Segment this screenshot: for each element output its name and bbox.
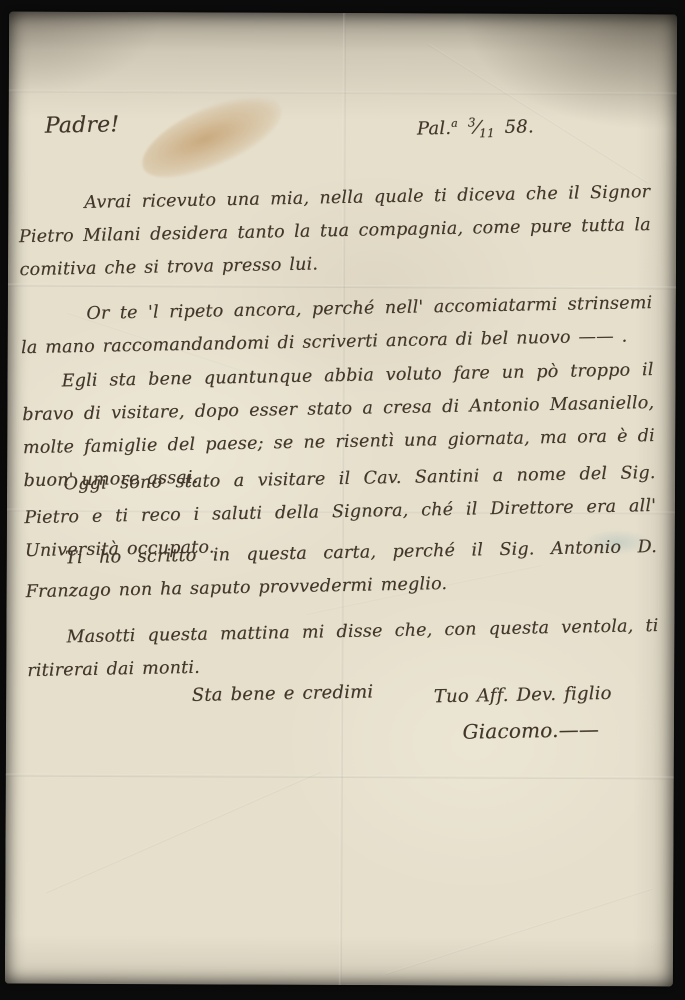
salutation: Padre! bbox=[45, 112, 120, 138]
dateline-year: 58. bbox=[504, 116, 534, 138]
dateline: Pal.a 3⁄11 58. bbox=[417, 114, 534, 141]
valediction: Tuo Aff. Dev. figlio bbox=[434, 683, 612, 707]
letter-paragraph: Ti ho scritto in questa carta, perché il… bbox=[25, 531, 658, 609]
letter-paragraph: Or te 'l ripeto ancora, perché nell' acc… bbox=[20, 287, 653, 365]
dateline-date-fraction: 3⁄11 bbox=[468, 115, 495, 141]
dateline-place-sup: a bbox=[451, 117, 458, 130]
handwriting-layer: Padre! Pal.a 3⁄11 58. Avrai ricevuto una… bbox=[0, 0, 685, 1000]
letter-paragraph: Avrai ricevuto una mia, nella quale ti d… bbox=[18, 176, 652, 287]
scanned-letter-scene: Padre! Pal.a 3⁄11 58. Avrai ricevuto una… bbox=[0, 0, 685, 1000]
closing-phrase: Sta bene e credimi bbox=[192, 681, 374, 705]
dateline-place: Pal. bbox=[417, 118, 452, 140]
letter-paragraph: Masotti questa mattina mi disse che, con… bbox=[26, 610, 659, 688]
signature: Giacomo.—— bbox=[462, 717, 599, 744]
